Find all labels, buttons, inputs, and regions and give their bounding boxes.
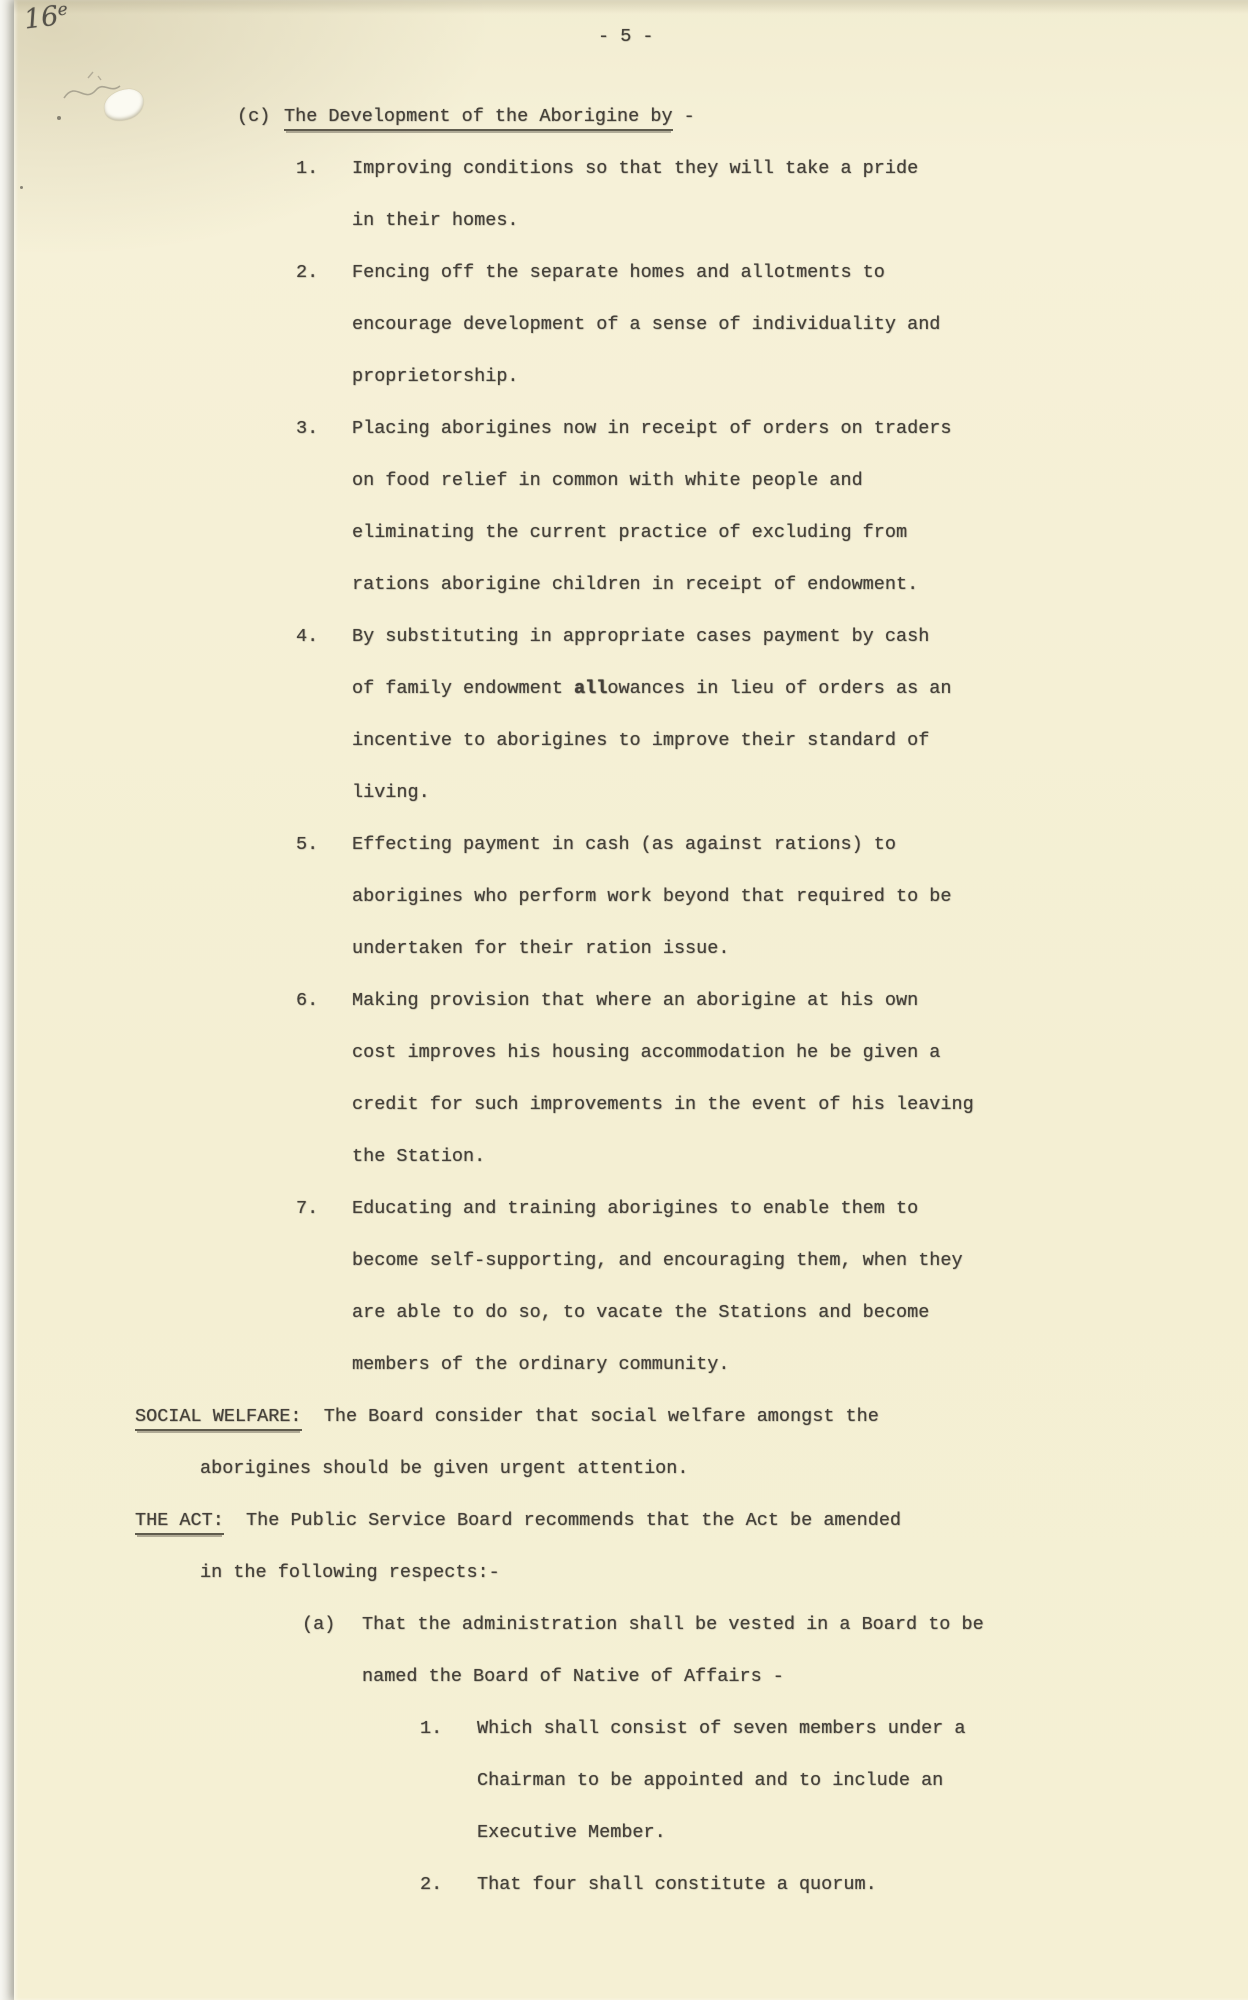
line-text: Chairman to be appointed and to include … [477, 1770, 943, 1791]
line-text: Which shall consist of seven members und… [477, 1718, 965, 1739]
line-text: The Development of the Aborigine by - [284, 106, 695, 127]
line-text: By substituting in appropriate cases pay… [352, 626, 929, 647]
line-text: eliminating the current practice of excl… [352, 522, 907, 543]
line-text: encourage development of a sense of indi… [352, 314, 940, 335]
line-text: living. [352, 782, 430, 803]
page-number: - 5 - [598, 26, 654, 47]
line-text: named the Board of Native of Affairs - [362, 1666, 784, 1687]
item-a: (a)That the administration shall be vest… [0, 1600, 1248, 1704]
document-line: cost improves his housing accommodation … [0, 1028, 1248, 1080]
document-line: credit for such improvements in the even… [0, 1080, 1248, 1132]
document-line: in their homes. [0, 196, 1248, 248]
item-5: 5.Effecting payment in cash (as against … [0, 820, 1248, 976]
section-c-heading: (c)The Development of the Aborigine by - [0, 92, 1248, 144]
document-line: 6.Making provision that where an aborigi… [0, 976, 1248, 1028]
item-a-2: 2.That four shall constitute a quorum. [0, 1860, 1248, 1912]
list-marker: 2. [420, 1874, 442, 1895]
document-line: 3.Placing aborigines now in receipt of o… [0, 404, 1248, 456]
line-text: in their homes. [352, 210, 519, 231]
list-marker: 1. [420, 1718, 442, 1739]
line-text: Effecting payment in cash (as against ra… [352, 834, 896, 855]
document-line: on food relief in common with white peop… [0, 456, 1248, 508]
line-text: on food relief in common with white peop… [352, 470, 863, 491]
line-text: cost improves his housing accommodation … [352, 1042, 940, 1063]
list-marker: 1. [296, 158, 318, 179]
document-body: (c)The Development of the Aborigine by -… [0, 92, 1248, 1912]
document-line: members of the ordinary community. [0, 1340, 1248, 1392]
document-line: Executive Member. [0, 1808, 1248, 1860]
document-line: rations aborigine children in receipt of… [0, 560, 1248, 612]
document-line: undertaken for their ration issue. [0, 924, 1248, 976]
line-text: Educating and training aborigines to ena… [352, 1198, 918, 1219]
document-line: named the Board of Native of Affairs - [0, 1652, 1248, 1704]
item-1: 1.Improving conditions so that they will… [0, 144, 1248, 248]
item-4: 4.By substituting in appropriate cases p… [0, 612, 1248, 820]
document-line: 7.Educating and training aborigines to e… [0, 1184, 1248, 1236]
line-text: Placing aborigines now in receipt of ord… [352, 418, 952, 439]
document-line: (c)The Development of the Aborigine by - [0, 92, 1248, 144]
document-line: aborigines should be given urgent attent… [0, 1444, 1248, 1496]
line-text: the Station. [352, 1146, 485, 1167]
the-act-paragraph: THE ACT: The Public Service Board recomm… [0, 1496, 1248, 1600]
document-line: become self-supporting, and encouraging … [0, 1236, 1248, 1288]
document-line: are able to do so, to vacate the Station… [0, 1288, 1248, 1340]
document-line: aborigines who perform work beyond that … [0, 872, 1248, 924]
list-marker: (c) [237, 106, 270, 127]
line-text: Executive Member. [477, 1822, 666, 1843]
line-text: Making provision that where an aborigine… [352, 990, 918, 1011]
line-text: of family endowment allowances in lieu o… [352, 678, 952, 699]
list-marker: 3. [296, 418, 318, 439]
list-marker: 5. [296, 834, 318, 855]
document-line: encourage development of a sense of indi… [0, 300, 1248, 352]
document-line: 2.Fencing off the separate homes and all… [0, 248, 1248, 300]
document-line: of family endowment allowances in lieu o… [0, 664, 1248, 716]
document-line: Chairman to be appointed and to include … [0, 1756, 1248, 1808]
document-line: incentive to aborigines to improve their… [0, 716, 1248, 768]
item-3: 3.Placing aborigines now in receipt of o… [0, 404, 1248, 612]
line-text: members of the ordinary community. [352, 1354, 729, 1375]
document-line: SOCIAL WELFARE: The Board consider that … [0, 1392, 1248, 1444]
item-a-1: 1.Which shall consist of seven members u… [0, 1704, 1248, 1860]
line-text: become self-supporting, and encouraging … [352, 1250, 963, 1271]
line-text: THE ACT: The Public Service Board recomm… [135, 1510, 901, 1531]
document-line: 1.Improving conditions so that they will… [0, 144, 1248, 196]
list-marker: 7. [296, 1198, 318, 1219]
list-marker: 6. [296, 990, 318, 1011]
line-text: That four shall constitute a quorum. [477, 1874, 877, 1895]
document-line: 1.Which shall consist of seven members u… [0, 1704, 1248, 1756]
annotation-number: 16 [22, 1, 60, 36]
document-line: THE ACT: The Public Service Board recomm… [0, 1496, 1248, 1548]
line-text: undertaken for their ration issue. [352, 938, 729, 959]
document-line: 4.By substituting in appropriate cases p… [0, 612, 1248, 664]
document-line: (a)That the administration shall be vest… [0, 1600, 1248, 1652]
line-text: Improving conditions so that they will t… [352, 158, 918, 179]
social-welfare-paragraph: SOCIAL WELFARE: The Board consider that … [0, 1392, 1248, 1496]
document-line: 5.Effecting payment in cash (as against … [0, 820, 1248, 872]
line-text: in the following respects:- [200, 1562, 500, 1583]
annotation-superscript: e [56, 0, 68, 20]
item-2: 2.Fencing off the separate homes and all… [0, 248, 1248, 404]
document-line: proprietorship. [0, 352, 1248, 404]
document-scan: 16e - 5 - (c)The Development of the Abor… [0, 0, 1248, 2000]
list-marker: (a) [302, 1614, 335, 1635]
document-line: the Station. [0, 1132, 1248, 1184]
list-marker: 2. [296, 262, 318, 283]
line-text: credit for such improvements in the even… [352, 1094, 974, 1115]
document-line: living. [0, 768, 1248, 820]
line-text: aborigines should be given urgent attent… [200, 1458, 688, 1479]
line-text: SOCIAL WELFARE: The Board consider that … [135, 1406, 879, 1427]
item-6: 6.Making provision that where an aborigi… [0, 976, 1248, 1184]
document-line: in the following respects:- [0, 1548, 1248, 1600]
item-7: 7.Educating and training aborigines to e… [0, 1184, 1248, 1392]
line-text: incentive to aborigines to improve their… [352, 730, 929, 751]
line-text: rations aborigine children in receipt of… [352, 574, 918, 595]
line-text: proprietorship. [352, 366, 519, 387]
list-marker: 4. [296, 626, 318, 647]
handwritten-annotation: 16e [22, 0, 70, 36]
line-text: aborigines who perform work beyond that … [352, 886, 952, 907]
document-line: eliminating the current practice of excl… [0, 508, 1248, 560]
line-text: Fencing off the separate homes and allot… [352, 262, 885, 283]
line-text: That the administration shall be vested … [362, 1614, 984, 1635]
document-line: 2.That four shall constitute a quorum. [0, 1860, 1248, 1912]
line-text: are able to do so, to vacate the Station… [352, 1302, 929, 1323]
